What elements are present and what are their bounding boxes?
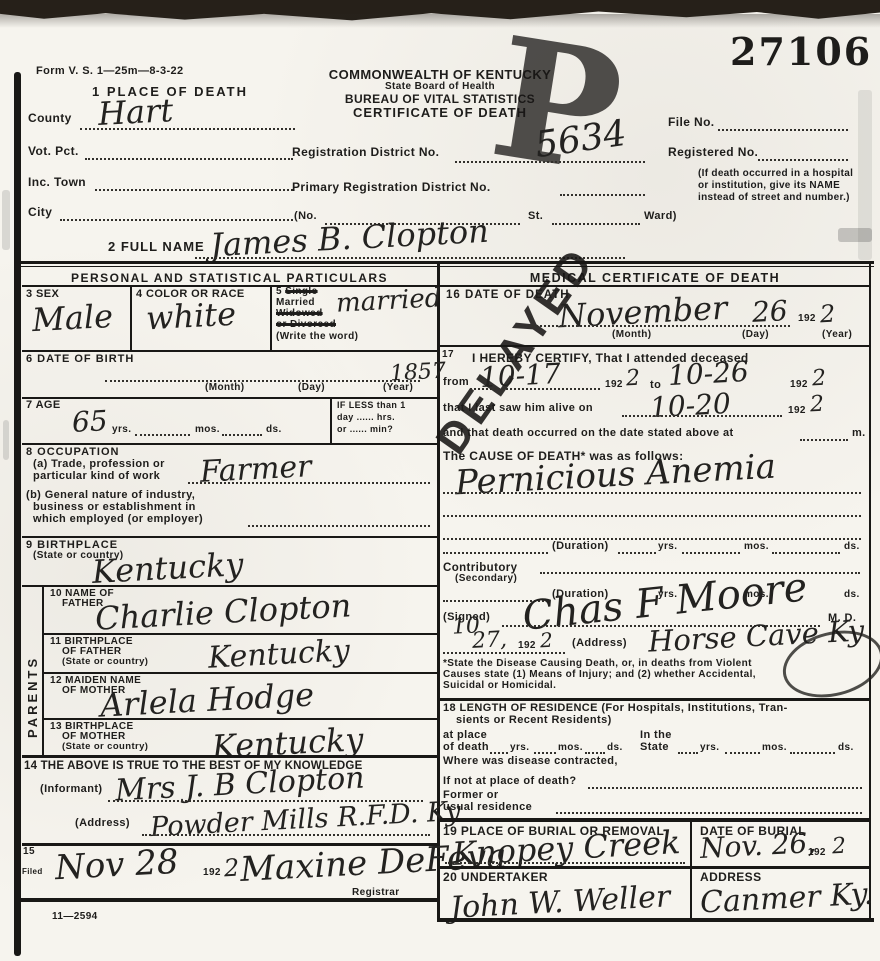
attended-to-year: 2	[811, 368, 826, 391]
occupation-b-line3: which employed (or employer)	[33, 514, 203, 526]
dod-day-hint: (Day)	[742, 330, 769, 341]
occupation-a-line2: particular kind of work	[33, 471, 160, 483]
residence-label-line1: 18 LENGTH OF RESIDENCE (For Hospitals, I…	[443, 703, 788, 715]
duration-mos: mos.	[744, 542, 769, 553]
sex-label: 3 SEX	[26, 289, 59, 301]
of-death-label: of death	[443, 742, 489, 754]
last-saw-year-prefix: 192	[788, 406, 806, 417]
if-less-line2: day ...... hrs.	[337, 413, 395, 422]
occupation-b-line1: (b) General nature of industry,	[26, 490, 195, 502]
dod-month-hint: (Month)	[612, 330, 651, 341]
date-of-death-year: 2	[819, 302, 836, 327]
ward-label: Ward)	[644, 211, 677, 223]
torn-paper-shadow	[0, 14, 880, 28]
date-of-death-day: 26	[751, 297, 788, 327]
dob-month-hint: (Month)	[205, 383, 244, 394]
age-label: 7 AGE	[26, 400, 61, 412]
duration-yrs: yrs.	[658, 542, 677, 553]
certify-number: 17	[442, 350, 454, 361]
divorced-option: or Divorced	[276, 320, 336, 331]
last-saw-year: 2	[809, 394, 824, 417]
dob-year-value: 1857	[389, 361, 446, 386]
if-less-line1: IF LESS than 1	[337, 401, 406, 410]
registration-district-label: Registration District No.	[292, 146, 439, 159]
if-less-line3: or ...... min?	[337, 425, 393, 434]
full-name-label: 2 FULL NAME	[108, 240, 205, 254]
duration-ds: ds.	[844, 542, 860, 553]
race-value: white	[145, 298, 237, 335]
father-birthplace-hint: (State or country)	[62, 657, 148, 667]
sign-date-day: 27,	[471, 629, 507, 653]
death-certificate-scan: 27106 Form V. S. 1—25m—8-3-22 1 PLACE OF…	[0, 0, 880, 961]
occupation-b-line2: business or establishment in	[33, 502, 196, 514]
city-label: City	[28, 206, 52, 219]
death-occurred-statement: and that death occurred on the date stat…	[443, 428, 734, 440]
registration-district-value: 5634	[533, 116, 629, 164]
st-label: St.	[528, 211, 543, 223]
filed-year-prefix: 192	[203, 868, 221, 879]
dod-year-hint: (Year)	[822, 330, 852, 341]
occupation-a-line1: (a) Trade, profession or	[33, 459, 165, 471]
dod-year-prefix: 192	[798, 314, 816, 325]
burial-date-value: Nov. 26,	[699, 829, 816, 863]
footnote-line3: Suicidal or Homicidal.	[443, 681, 556, 692]
undertaker-address-label: ADDRESS	[700, 871, 761, 884]
in-the-label: In the	[640, 730, 672, 742]
dob-label: 6 DATE OF BIRTH	[26, 354, 134, 366]
res-state-yrs: yrs.	[700, 743, 719, 754]
from-label: from	[443, 377, 469, 389]
former-label: Former or	[443, 790, 499, 802]
informant-label: (Informant)	[40, 784, 102, 796]
last-saw-statement: that I last saw him alive on	[443, 403, 593, 415]
scan-smudge	[838, 228, 872, 242]
birthplace-value: Kentucky	[91, 548, 244, 588]
primary-registration-label: Primary Registration District No.	[292, 181, 491, 194]
widowed-option: Widowed	[276, 309, 323, 320]
age-ds-label: ds.	[266, 425, 282, 436]
father-birthplace-value: Kentucky	[207, 636, 350, 673]
footnote-line2: Causes state (1) Means of Injury; and (2…	[443, 670, 756, 681]
certificate-number: 27106	[730, 32, 872, 72]
bottom-form-code: 11—2594	[52, 912, 98, 923]
vot-pct-label: Vot. Pct.	[28, 145, 79, 158]
filed-date-value: Nov 28	[54, 845, 179, 885]
parents-label: PARENTS	[26, 656, 40, 738]
where-contracted-label: Where was disease contracted,	[443, 756, 618, 768]
age-mos-label: mos.	[195, 425, 220, 436]
footnote-line1: *State the Disease Causing Death, or, in…	[443, 659, 752, 670]
filed-label: Filed	[22, 868, 43, 876]
duration2-ds: ds.	[844, 590, 860, 601]
scan-smudge	[3, 420, 9, 460]
filed-number: 15	[23, 847, 35, 858]
res-mos: mos.	[558, 743, 583, 754]
res-state-mos: mos.	[762, 743, 787, 754]
res-state-ds: ds.	[838, 743, 854, 754]
inc-town-label: Inc. Town	[28, 176, 86, 189]
from-year-prefix: 192	[605, 380, 623, 391]
m-label: m.	[852, 428, 866, 440]
mother-name-value: Arlela Hodge	[99, 678, 315, 721]
dob-day-hint: (Day)	[298, 383, 325, 394]
burial-year-prefix: 192	[808, 848, 826, 859]
father-name-value: Charlie Clopton	[94, 589, 352, 634]
medical-section-title: MEDICAL CERTIFICATE OF DEATH	[440, 272, 870, 285]
ink-stamp: P	[481, 0, 634, 211]
duration-label: (Duration)	[552, 541, 609, 553]
registered-no-label: Registered No.	[668, 146, 758, 159]
occupation-label: 8 OCCUPATION	[26, 447, 120, 459]
secondary-label: (Secondary)	[455, 574, 517, 585]
mother-birthplace-hint: (State or country)	[62, 742, 148, 752]
married-option: Married	[276, 298, 315, 309]
marital-value: married	[335, 285, 442, 316]
attended-from-year: 2	[625, 368, 640, 391]
at-place-label: at place	[443, 730, 487, 742]
sign-address-label: (Address)	[572, 638, 627, 650]
sign-year-prefix: 192	[518, 641, 536, 652]
sign-year-value: 2	[539, 630, 553, 651]
scan-smudge	[2, 190, 10, 250]
res-yrs: yrs.	[510, 743, 529, 754]
form-code: Form V. S. 1—25m—8-3-22	[36, 66, 184, 78]
undertaker-address-value: Canmer Ky.	[699, 879, 874, 918]
county-value: Hart	[97, 94, 174, 130]
attended-to-date: 10-26	[667, 358, 749, 390]
write-word-hint: (Write the word)	[276, 332, 358, 343]
last-saw-date: 10-20	[649, 390, 731, 422]
county-label: County	[28, 112, 72, 125]
res-ds: ds.	[607, 743, 623, 754]
item5-number: 5	[276, 286, 282, 297]
sex-value: Male	[31, 300, 114, 336]
age-value: 65	[71, 407, 108, 437]
registrar-label: Registrar	[352, 888, 400, 899]
usual-residence-label: usual residence	[443, 802, 532, 814]
personal-section-title: PERSONAL AND STATISTICAL PARTICULARS	[22, 272, 437, 285]
full-name-value: James B. Clopton	[209, 215, 489, 262]
age-yrs-label: yrs.	[112, 425, 131, 436]
state-label: State	[640, 742, 669, 754]
single-option: Single	[285, 286, 317, 297]
informant-address-label: (Address)	[75, 818, 130, 830]
left-margin-bar	[14, 72, 21, 956]
file-no-label: File No.	[668, 116, 715, 129]
to-year-prefix: 192	[790, 380, 808, 391]
burial-year-value: 2	[831, 836, 846, 859]
undertaker-label: 20 UNDERTAKER	[443, 871, 548, 884]
date-of-death-label: 16 DATE OF DEATH	[446, 289, 570, 301]
if-not-label: If not at place of death?	[443, 776, 576, 788]
residence-label-line2: sients or Recent Residents)	[456, 715, 612, 727]
filed-year-value: 2	[223, 856, 240, 881]
hospital-note: (If death occurred in a hospital or inst…	[698, 168, 866, 203]
